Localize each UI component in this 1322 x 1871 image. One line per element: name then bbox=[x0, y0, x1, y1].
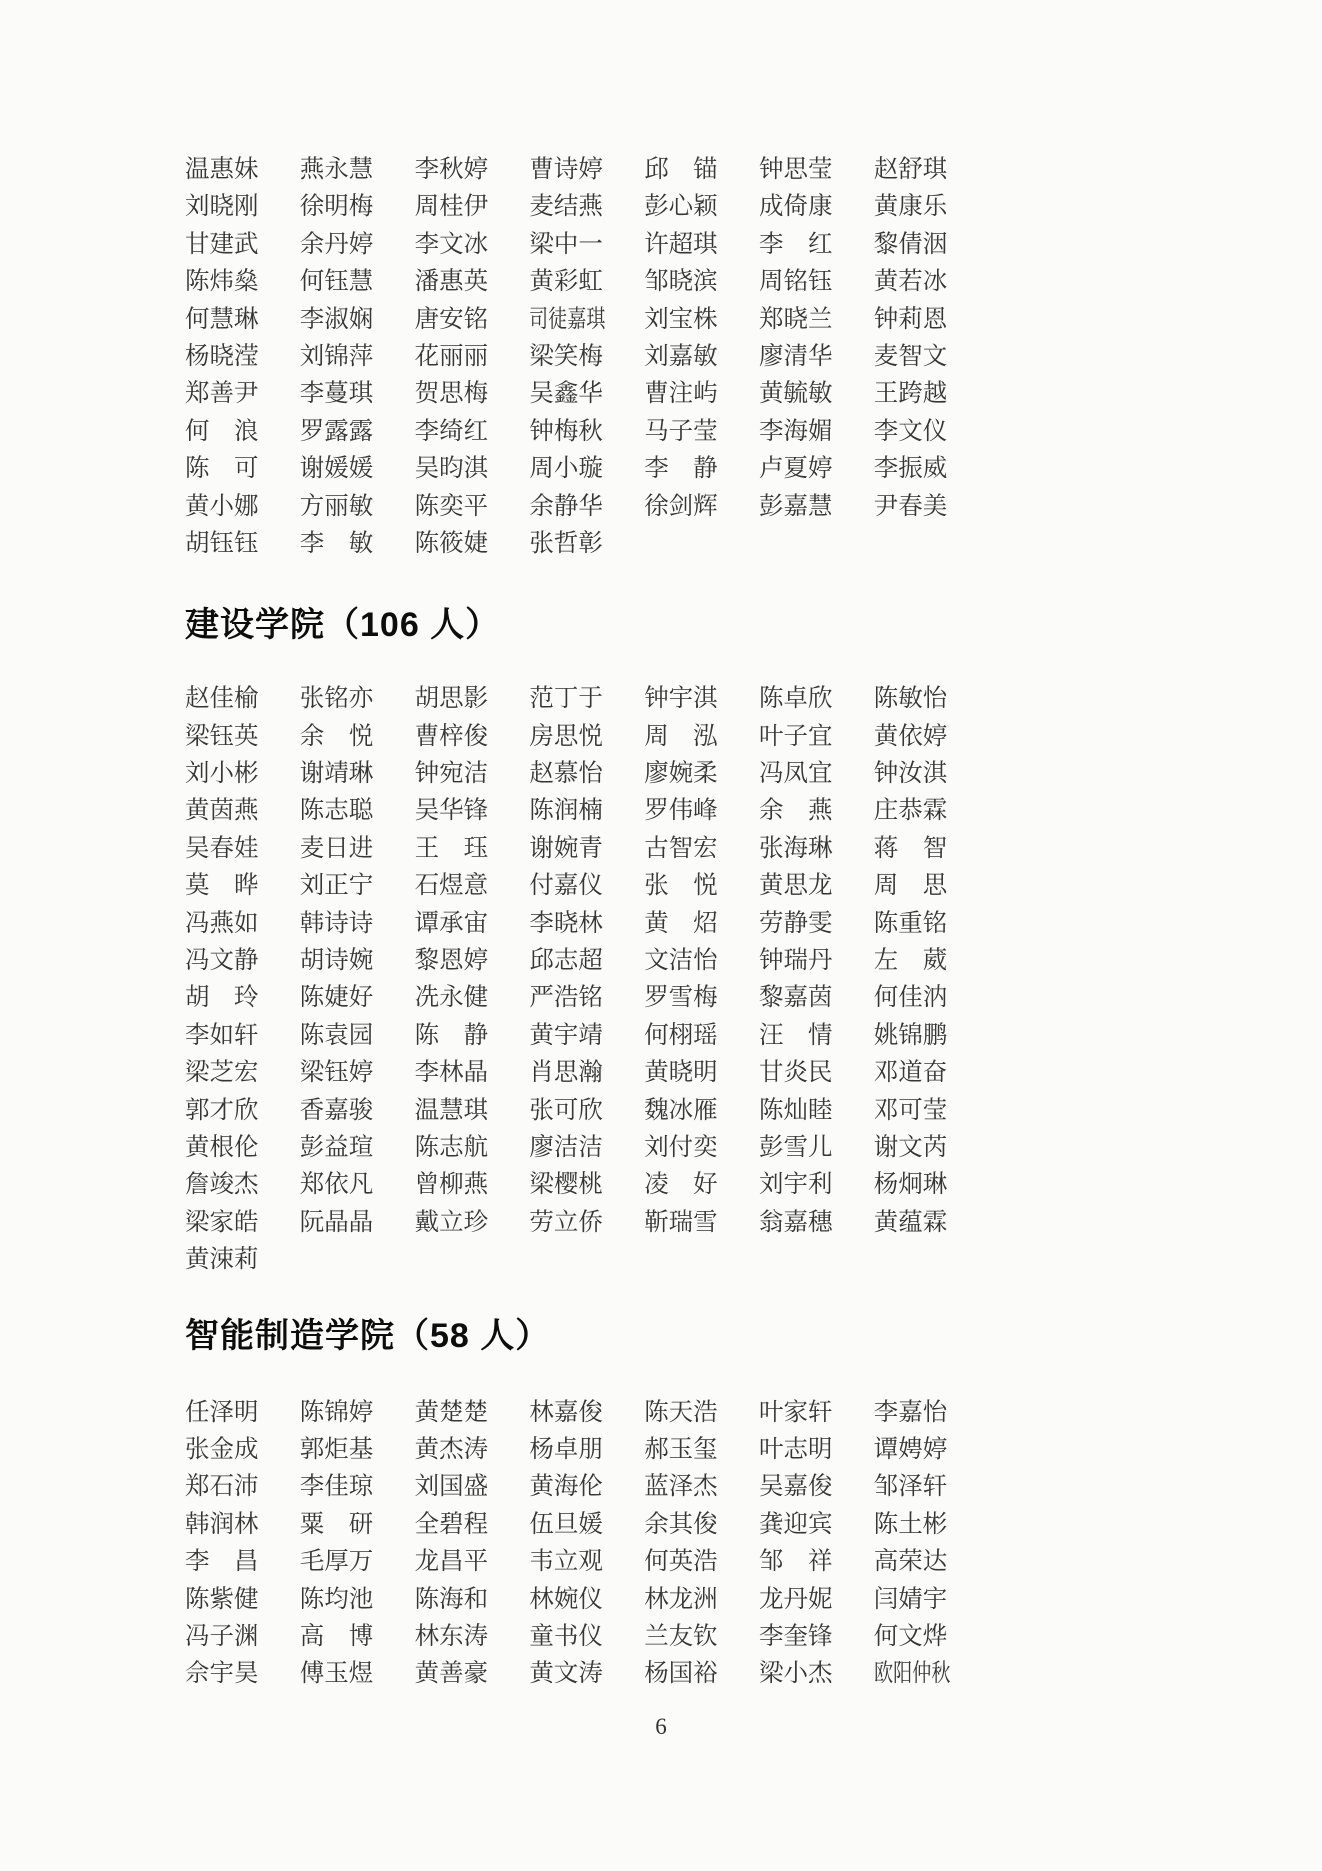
student-name: 黎倩洇 bbox=[874, 226, 989, 263]
student-name: 叶志明 bbox=[759, 1431, 874, 1468]
student-name: 高荣达 bbox=[874, 1543, 989, 1580]
student-name: 罗露露 bbox=[300, 413, 415, 450]
student-name: 范丁于 bbox=[529, 680, 644, 717]
student-name: 张可欣 bbox=[529, 1092, 644, 1129]
student-name: 杨国裕 bbox=[644, 1655, 759, 1692]
student-name: 钟宇淇 bbox=[644, 680, 759, 717]
page-number: 6 bbox=[655, 1714, 667, 1739]
student-name: 许超琪 bbox=[644, 226, 759, 263]
student-name: 林东涛 bbox=[415, 1618, 530, 1655]
student-name: 邹泽轩 bbox=[874, 1468, 989, 1505]
student-name: 陈重铭 bbox=[874, 905, 989, 942]
student-name: 陈志聪 bbox=[300, 792, 415, 829]
student-name: 郑石沛 bbox=[185, 1468, 300, 1505]
student-name: 王 珏 bbox=[415, 830, 530, 867]
student-name: 李蔓琪 bbox=[300, 375, 415, 412]
student-name: 余其俊 bbox=[644, 1506, 759, 1543]
student-name: 冼永健 bbox=[415, 979, 530, 1016]
student-name: 邹晓滨 bbox=[644, 263, 759, 300]
student-name: 李 静 bbox=[644, 450, 759, 487]
student-name: 钟瑞丹 bbox=[759, 942, 874, 979]
name-grid-construction-college: 赵佳榆张铭亦胡思影范丁于钟宇淇陈卓欣陈敏怡梁钰英余 悦曹梓俊房思悦周 泓叶子宜黄… bbox=[185, 680, 995, 1278]
student-name: 谢婉青 bbox=[529, 830, 644, 867]
student-name: 欧阳仲秋 bbox=[874, 1655, 964, 1692]
college-heading-intelligent-manufacturing: 智能制造学院（58 人） bbox=[185, 1317, 995, 1355]
student-name: 陈奕平 bbox=[415, 488, 530, 525]
student-name: 梁家皓 bbox=[185, 1204, 300, 1241]
student-name: 龙昌平 bbox=[415, 1543, 530, 1580]
student-name: 何 浪 bbox=[185, 413, 300, 450]
student-name: 邱 锚 bbox=[644, 151, 759, 188]
student-name: 胡 玲 bbox=[185, 979, 300, 1016]
student-name: 杨晓滢 bbox=[185, 338, 300, 375]
student-name: 翁嘉穗 bbox=[759, 1204, 874, 1241]
student-name: 童书仪 bbox=[529, 1618, 644, 1655]
student-name: 卢夏婷 bbox=[759, 450, 874, 487]
student-name: 梁钰婷 bbox=[300, 1054, 415, 1091]
student-name: 黎嘉茵 bbox=[759, 979, 874, 1016]
student-name: 陈锦婷 bbox=[300, 1394, 415, 1431]
student-name: 唐安铭 bbox=[415, 301, 530, 338]
student-name: 李海媚 bbox=[759, 413, 874, 450]
student-name: 严浩铭 bbox=[529, 979, 644, 1016]
student-name: 刘国盛 bbox=[415, 1468, 530, 1505]
student-name: 邓道奋 bbox=[874, 1054, 989, 1091]
student-name: 胡诗婉 bbox=[300, 942, 415, 979]
page-content: 温惠妹燕永慧李秋婷曹诗婷邱 锚钟思莹赵舒琪刘晓刚徐明梅周桂伊麦结燕彭心颖成倚康黄… bbox=[0, 0, 995, 1693]
student-name: 陈袁园 bbox=[300, 1017, 415, 1054]
name-grid-continued: 温惠妹燕永慧李秋婷曹诗婷邱 锚钟思莹赵舒琪刘晓刚徐明梅周桂伊麦结燕彭心颖成倚康黄… bbox=[185, 151, 995, 562]
student-name: 黄宇靖 bbox=[529, 1017, 644, 1054]
student-name: 林婉仪 bbox=[529, 1581, 644, 1618]
student-name: 郑晓兰 bbox=[759, 301, 874, 338]
student-name: 胡钰钰 bbox=[185, 525, 300, 562]
student-name: 徐明梅 bbox=[300, 188, 415, 225]
student-name: 陈海和 bbox=[415, 1581, 530, 1618]
student-name: 马子莹 bbox=[644, 413, 759, 450]
student-name: 李奎锋 bbox=[759, 1618, 874, 1655]
student-name: 黄晓明 bbox=[644, 1054, 759, 1091]
student-name: 陈筱婕 bbox=[415, 525, 530, 562]
student-name: 张 悦 bbox=[644, 867, 759, 904]
student-name: 佘宇昊 bbox=[185, 1655, 300, 1692]
student-name: 兰友钦 bbox=[644, 1618, 759, 1655]
student-name: 刘宇利 bbox=[759, 1166, 874, 1203]
student-name: 刘嘉敏 bbox=[644, 338, 759, 375]
student-name: 李如轩 bbox=[185, 1017, 300, 1054]
student-name: 麦智文 bbox=[874, 338, 989, 375]
student-name: 郑善尹 bbox=[185, 375, 300, 412]
student-name: 陈紫健 bbox=[185, 1581, 300, 1618]
student-name: 梁樱桃 bbox=[529, 1166, 644, 1203]
student-name: 谢文芮 bbox=[874, 1129, 989, 1166]
student-name: 梁中一 bbox=[529, 226, 644, 263]
student-name: 黄茵燕 bbox=[185, 792, 300, 829]
student-name: 黄海伦 bbox=[529, 1468, 644, 1505]
student-name: 肖思瀚 bbox=[529, 1054, 644, 1091]
student-name: 曹注屿 bbox=[644, 375, 759, 412]
student-name: 邱志超 bbox=[529, 942, 644, 979]
student-name: 龚迎宾 bbox=[759, 1506, 874, 1543]
student-name: 戴立珍 bbox=[415, 1204, 530, 1241]
student-name: 罗雪梅 bbox=[644, 979, 759, 1016]
student-name: 凌 好 bbox=[644, 1166, 759, 1203]
student-name: 陈灿睦 bbox=[759, 1092, 874, 1129]
student-name: 姚锦鹏 bbox=[874, 1017, 989, 1054]
student-name: 傅玉煜 bbox=[300, 1655, 415, 1692]
student-name: 何钰慧 bbox=[300, 263, 415, 300]
student-name: 陈润楠 bbox=[529, 792, 644, 829]
student-name: 李文冰 bbox=[415, 226, 530, 263]
student-name: 文洁怡 bbox=[644, 942, 759, 979]
student-name: 潘惠英 bbox=[415, 263, 530, 300]
student-name: 曹梓俊 bbox=[415, 718, 530, 755]
student-name: 余 燕 bbox=[759, 792, 874, 829]
student-name: 黄思龙 bbox=[759, 867, 874, 904]
student-name: 廖婉柔 bbox=[644, 755, 759, 792]
student-name: 郑依凡 bbox=[300, 1166, 415, 1203]
student-name: 胡思影 bbox=[415, 680, 530, 717]
student-name: 张金成 bbox=[185, 1431, 300, 1468]
student-name: 李佳琼 bbox=[300, 1468, 415, 1505]
student-name: 黄小娜 bbox=[185, 488, 300, 525]
student-name: 李 敏 bbox=[300, 525, 415, 562]
student-name: 花丽丽 bbox=[415, 338, 530, 375]
student-name: 王跨越 bbox=[874, 375, 989, 412]
student-name: 谭承宙 bbox=[415, 905, 530, 942]
student-name: 彭雪儿 bbox=[759, 1129, 874, 1166]
student-name: 曾柳燕 bbox=[415, 1166, 530, 1203]
student-name: 汪 情 bbox=[759, 1017, 874, 1054]
student-name: 黄蕴霖 bbox=[874, 1204, 989, 1241]
student-name: 赵佳榆 bbox=[185, 680, 300, 717]
student-name: 黄涑莉 bbox=[185, 1241, 300, 1278]
student-name: 李晓林 bbox=[529, 905, 644, 942]
student-name: 刘小彬 bbox=[185, 755, 300, 792]
student-name: 刘宝株 bbox=[644, 301, 759, 338]
student-name: 靳瑞雪 bbox=[644, 1204, 759, 1241]
student-name: 罗伟峰 bbox=[644, 792, 759, 829]
name-grid-intelligent-manufacturing-college: 任泽明陈锦婷黄楚楚林嘉俊陈天浩叶家轩李嘉怡张金成郭炬基黄杰涛杨卓朋郝玉玺叶志明谭… bbox=[185, 1394, 995, 1693]
student-name: 陈敏怡 bbox=[874, 680, 989, 717]
student-name: 陈 静 bbox=[415, 1017, 530, 1054]
student-name: 劳静雯 bbox=[759, 905, 874, 942]
student-name: 李林晶 bbox=[415, 1054, 530, 1091]
student-name: 燕永慧 bbox=[300, 151, 415, 188]
student-name: 林嘉俊 bbox=[529, 1394, 644, 1431]
student-name: 何文烨 bbox=[874, 1618, 989, 1655]
student-name: 彭益瑄 bbox=[300, 1129, 415, 1166]
student-name: 房思悦 bbox=[529, 718, 644, 755]
student-name: 阮晶晶 bbox=[300, 1204, 415, 1241]
student-name: 甘建武 bbox=[185, 226, 300, 263]
student-name: 钟宛洁 bbox=[415, 755, 530, 792]
student-name: 李秋婷 bbox=[415, 151, 530, 188]
student-name: 冯子渊 bbox=[185, 1618, 300, 1655]
student-name: 梁笑梅 bbox=[529, 338, 644, 375]
student-name: 邓可莹 bbox=[874, 1092, 989, 1129]
student-name: 黄依婷 bbox=[874, 718, 989, 755]
student-name: 廖清华 bbox=[759, 338, 874, 375]
student-name: 何慧琳 bbox=[185, 301, 300, 338]
student-name: 吴春娃 bbox=[185, 830, 300, 867]
student-name: 李振威 bbox=[874, 450, 989, 487]
student-name: 陈土彬 bbox=[874, 1506, 989, 1543]
student-name: 钟思莹 bbox=[759, 151, 874, 188]
student-name: 龙丹妮 bbox=[759, 1581, 874, 1618]
student-name: 粟 研 bbox=[300, 1506, 415, 1543]
student-name: 刘付奕 bbox=[644, 1129, 759, 1166]
student-name: 陈炜燊 bbox=[185, 263, 300, 300]
student-name: 吴昀淇 bbox=[415, 450, 530, 487]
student-name: 陈婕好 bbox=[300, 979, 415, 1016]
student-name: 余静华 bbox=[529, 488, 644, 525]
student-name: 廖洁洁 bbox=[529, 1129, 644, 1166]
student-name: 何栩瑶 bbox=[644, 1017, 759, 1054]
student-name: 赵舒琪 bbox=[874, 151, 989, 188]
student-name: 周桂伊 bbox=[415, 188, 530, 225]
student-name: 成倚康 bbox=[759, 188, 874, 225]
student-name: 何英浩 bbox=[644, 1543, 759, 1580]
student-name: 任泽明 bbox=[185, 1394, 300, 1431]
document-page: 温惠妹燕永慧李秋婷曹诗婷邱 锚钟思莹赵舒琪刘晓刚徐明梅周桂伊麦结燕彭心颖成倚康黄… bbox=[0, 0, 1322, 1871]
student-name: 尹春美 bbox=[874, 488, 989, 525]
student-name: 黄楚楚 bbox=[415, 1394, 530, 1431]
student-name: 周小璇 bbox=[529, 450, 644, 487]
student-name: 韩诗诗 bbox=[300, 905, 415, 942]
student-name: 李 昌 bbox=[185, 1543, 300, 1580]
student-name: 黄善豪 bbox=[415, 1655, 530, 1692]
student-name: 方丽敏 bbox=[300, 488, 415, 525]
student-name: 全碧程 bbox=[415, 1506, 530, 1543]
student-name: 黄文涛 bbox=[529, 1655, 644, 1692]
student-name: 黄毓敏 bbox=[759, 375, 874, 412]
student-name: 付嘉仪 bbox=[529, 867, 644, 904]
student-name: 钟梅秋 bbox=[529, 413, 644, 450]
student-name: 李绮红 bbox=[415, 413, 530, 450]
student-name: 黄康乐 bbox=[874, 188, 989, 225]
student-name: 林龙洲 bbox=[644, 1581, 759, 1618]
student-name: 吴华锋 bbox=[415, 792, 530, 829]
student-name: 叶家轩 bbox=[759, 1394, 874, 1431]
student-name: 陈均池 bbox=[300, 1581, 415, 1618]
student-name: 郭炬基 bbox=[300, 1431, 415, 1468]
student-name: 钟汝淇 bbox=[874, 755, 989, 792]
student-name: 冯燕如 bbox=[185, 905, 300, 942]
student-name: 黄杰涛 bbox=[415, 1431, 530, 1468]
student-name: 冯文静 bbox=[185, 942, 300, 979]
student-name: 麦日进 bbox=[300, 830, 415, 867]
student-name: 魏冰雁 bbox=[644, 1092, 759, 1129]
student-name: 古智宏 bbox=[644, 830, 759, 867]
student-name: 余丹婷 bbox=[300, 226, 415, 263]
student-name: 香嘉骏 bbox=[300, 1092, 415, 1129]
student-name: 陈卓欣 bbox=[759, 680, 874, 717]
student-name: 郝玉玺 bbox=[644, 1431, 759, 1468]
student-name: 余 悦 bbox=[300, 718, 415, 755]
student-name: 甘炎民 bbox=[759, 1054, 874, 1091]
student-name: 曹诗婷 bbox=[529, 151, 644, 188]
student-name: 左 葳 bbox=[874, 942, 989, 979]
student-name: 劳立侨 bbox=[529, 1204, 644, 1241]
student-name: 刘正宁 bbox=[300, 867, 415, 904]
student-name: 高 博 bbox=[300, 1618, 415, 1655]
student-name: 吴鑫华 bbox=[529, 375, 644, 412]
student-name: 蓝泽杰 bbox=[644, 1468, 759, 1505]
student-name: 梁钰英 bbox=[185, 718, 300, 755]
student-name: 郭才欣 bbox=[185, 1092, 300, 1129]
student-name: 李嘉怡 bbox=[874, 1394, 989, 1431]
student-name: 李淑娴 bbox=[300, 301, 415, 338]
student-name: 刘晓刚 bbox=[185, 188, 300, 225]
student-name: 闫婧宇 bbox=[874, 1581, 989, 1618]
student-name: 詹竣杰 bbox=[185, 1166, 300, 1203]
student-name: 温惠妹 bbox=[185, 151, 300, 188]
student-name: 叶子宜 bbox=[759, 718, 874, 755]
student-name: 李文仪 bbox=[874, 413, 989, 450]
student-name: 周铭钰 bbox=[759, 263, 874, 300]
student-name: 谢媛媛 bbox=[300, 450, 415, 487]
student-name: 彭嘉慧 bbox=[759, 488, 874, 525]
student-name: 彭心颖 bbox=[644, 188, 759, 225]
student-name: 蒋 智 bbox=[874, 830, 989, 867]
student-name: 黎恩婷 bbox=[415, 942, 530, 979]
student-name: 钟莉恩 bbox=[874, 301, 989, 338]
student-name: 麦结燕 bbox=[529, 188, 644, 225]
student-name: 张哲彰 bbox=[529, 525, 644, 562]
student-name: 张海琳 bbox=[759, 830, 874, 867]
student-name: 韦立观 bbox=[529, 1543, 644, 1580]
student-name: 刘锦萍 bbox=[300, 338, 415, 375]
page-footer: 6 bbox=[0, 1712, 1322, 1742]
student-name: 黄彩虹 bbox=[529, 263, 644, 300]
student-name: 张铭亦 bbox=[300, 680, 415, 717]
student-name: 梁芝宏 bbox=[185, 1054, 300, 1091]
student-name: 陈 可 bbox=[185, 450, 300, 487]
student-name: 陈天浩 bbox=[644, 1394, 759, 1431]
student-name: 韩润林 bbox=[185, 1506, 300, 1543]
student-name: 周 思 bbox=[874, 867, 989, 904]
student-name: 梁小杰 bbox=[759, 1655, 874, 1692]
student-name: 周 泓 bbox=[644, 718, 759, 755]
student-name: 伍旦媛 bbox=[529, 1506, 644, 1543]
student-name: 司徒嘉琪 bbox=[529, 301, 619, 338]
student-name: 赵慕怡 bbox=[529, 755, 644, 792]
student-name: 温慧琪 bbox=[415, 1092, 530, 1129]
student-name: 莫 晔 bbox=[185, 867, 300, 904]
student-name: 黄根伦 bbox=[185, 1129, 300, 1166]
student-name: 何佳汭 bbox=[874, 979, 989, 1016]
student-name: 陈志航 bbox=[415, 1129, 530, 1166]
student-name: 贺思梅 bbox=[415, 375, 530, 412]
student-name: 杨炯琳 bbox=[874, 1166, 989, 1203]
student-name: 谢靖琳 bbox=[300, 755, 415, 792]
student-name: 石煜意 bbox=[415, 867, 530, 904]
student-name: 毛厚万 bbox=[300, 1543, 415, 1580]
college-heading-construction: 建设学院（106 人） bbox=[185, 606, 995, 644]
student-name: 徐剑辉 bbox=[644, 488, 759, 525]
student-name: 吴嘉俊 bbox=[759, 1468, 874, 1505]
student-name: 邹 祥 bbox=[759, 1543, 874, 1580]
student-name: 杨卓朋 bbox=[529, 1431, 644, 1468]
student-name: 冯凤宜 bbox=[759, 755, 874, 792]
student-name: 黄若冰 bbox=[874, 263, 989, 300]
student-name: 庄恭霖 bbox=[874, 792, 989, 829]
student-name: 李 红 bbox=[759, 226, 874, 263]
student-name: 黄 炤 bbox=[644, 905, 759, 942]
student-name: 谭娉婷 bbox=[874, 1431, 989, 1468]
